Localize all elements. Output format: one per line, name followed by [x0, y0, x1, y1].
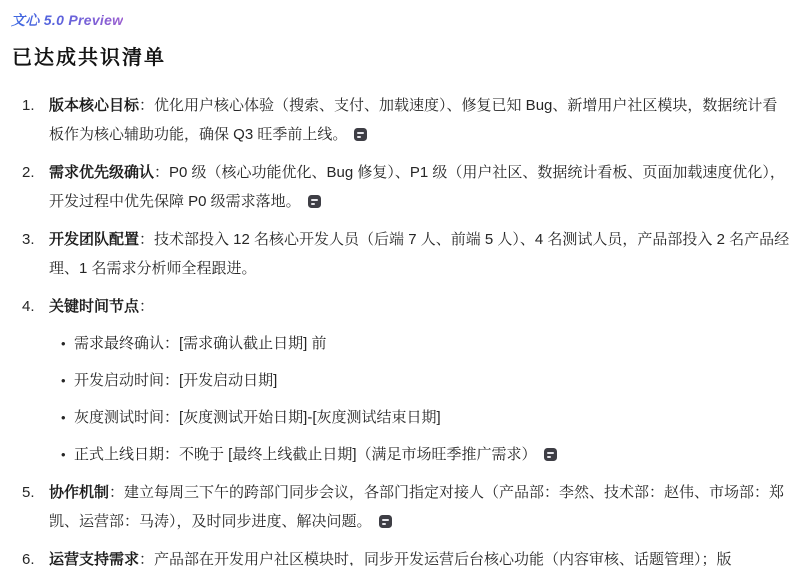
item-label: 版本核心目标 — [49, 97, 139, 114]
item-text: ：P0 级（核心功能优化、Bug 修复）、P1 级（用户社区、数据统计看板、页面… — [49, 164, 785, 210]
bullet-icon: • — [61, 440, 66, 469]
sublist-item-text: 需求最终确认：[需求确认截止日期] 前 — [74, 335, 327, 352]
item-text: ：技术部投入 12 名核心开发人员（后端 7 人、前端 5 人）、4 名测试人员… — [49, 231, 789, 277]
citation-badge-icon[interactable] — [379, 515, 392, 528]
sublist-item-1: •需求最终确认：[需求确认截止日期] 前 — [61, 329, 791, 358]
item-number: 1. — [22, 91, 35, 120]
sublist-item-3: •灰度测试时间：[灰度测试开始日期]-[灰度测试结束日期] — [61, 403, 791, 432]
list-item-5: 5.协作机制：建立每周三下午的跨部门同步会议，各部门指定对接人（产品部：李然、技… — [22, 478, 791, 536]
list-item-2: 2.需求优先级确认：P0 级（核心功能优化、Bug 修复）、P1 级（用户社区、… — [22, 158, 791, 216]
item-number: 2. — [22, 158, 35, 187]
item-label: 运营支持需求 — [49, 551, 139, 566]
citation-badge-icon[interactable] — [308, 195, 321, 208]
bullet-icon: • — [61, 329, 66, 358]
citation-badge-icon[interactable] — [354, 128, 367, 141]
sublist-item-2: •开发启动时间：[开发启动日期] — [61, 366, 791, 395]
item-text: ：优化用户核心体验（搜索、支付、加载速度）、修复已知 Bug、新增用户社区模块，… — [49, 97, 777, 143]
list-item-6: 6.运营支持需求：产品部在开发用户社区模块时，同步开发运营后台核心功能（内容审核… — [22, 545, 791, 566]
list-item-3: 3.开发团队配置：技术部投入 12 名核心开发人员（后端 7 人、前端 5 人）… — [22, 225, 791, 283]
list-item-4: 4.关键时间节点： •需求最终确认：[需求确认截止日期] 前 •开发启动时间：[… — [22, 292, 791, 469]
list-item-1: 1.版本核心目标：优化用户核心体验（搜索、支付、加载速度）、修复已知 Bug、新… — [22, 91, 791, 149]
item-number: 3. — [22, 225, 35, 254]
sublist-item-4: •正式上线日期：不晚于 [最终上线截止日期]（满足市场旺季推广需求） — [61, 440, 791, 469]
item-number: 5. — [22, 478, 35, 507]
bullet-icon: • — [61, 366, 66, 395]
model-version-label: 文心 5.0 Preview — [11, 10, 123, 30]
item-number: 6. — [22, 545, 35, 566]
item-text: ：产品部在开发用户社区模块时，同步开发运营后台核心功能（内容审核、话题管理）；版 — [139, 551, 732, 566]
page-title: 已达成共识清单 — [12, 48, 791, 68]
item-label: 需求优先级确认 — [49, 164, 154, 181]
bullet-icon: • — [61, 403, 66, 432]
consensus-list: 1.版本核心目标：优化用户核心体验（搜索、支付、加载速度）、修复已知 Bug、新… — [11, 91, 791, 566]
item-text: ：建立每周三下午的跨部门同步会议，各部门指定对接人（产品部：李然、技术部：赵伟、… — [49, 484, 784, 530]
milestone-sublist: •需求最终确认：[需求确认截止日期] 前 •开发启动时间：[开发启动日期] •灰… — [49, 329, 791, 469]
sublist-item-text: 灰度测试时间：[灰度测试开始日期]-[灰度测试结束日期] — [74, 409, 441, 426]
citation-badge-icon[interactable] — [544, 448, 557, 461]
item-label: 开发团队配置 — [49, 231, 139, 248]
item-label: 关键时间节点 — [49, 298, 139, 315]
item-label: 协作机制 — [49, 484, 109, 501]
sublist-item-text: 开发启动时间：[开发启动日期] — [74, 372, 277, 389]
chat-response-page: 文心 5.0 Preview 已达成共识清单 1.版本核心目标：优化用户核心体验… — [0, 0, 805, 566]
sublist-item-text: 正式上线日期：不晚于 [最终上线截止日期]（满足市场旺季推广需求） — [74, 446, 537, 463]
item-number: 4. — [22, 292, 35, 321]
item-text: ： — [139, 298, 154, 315]
